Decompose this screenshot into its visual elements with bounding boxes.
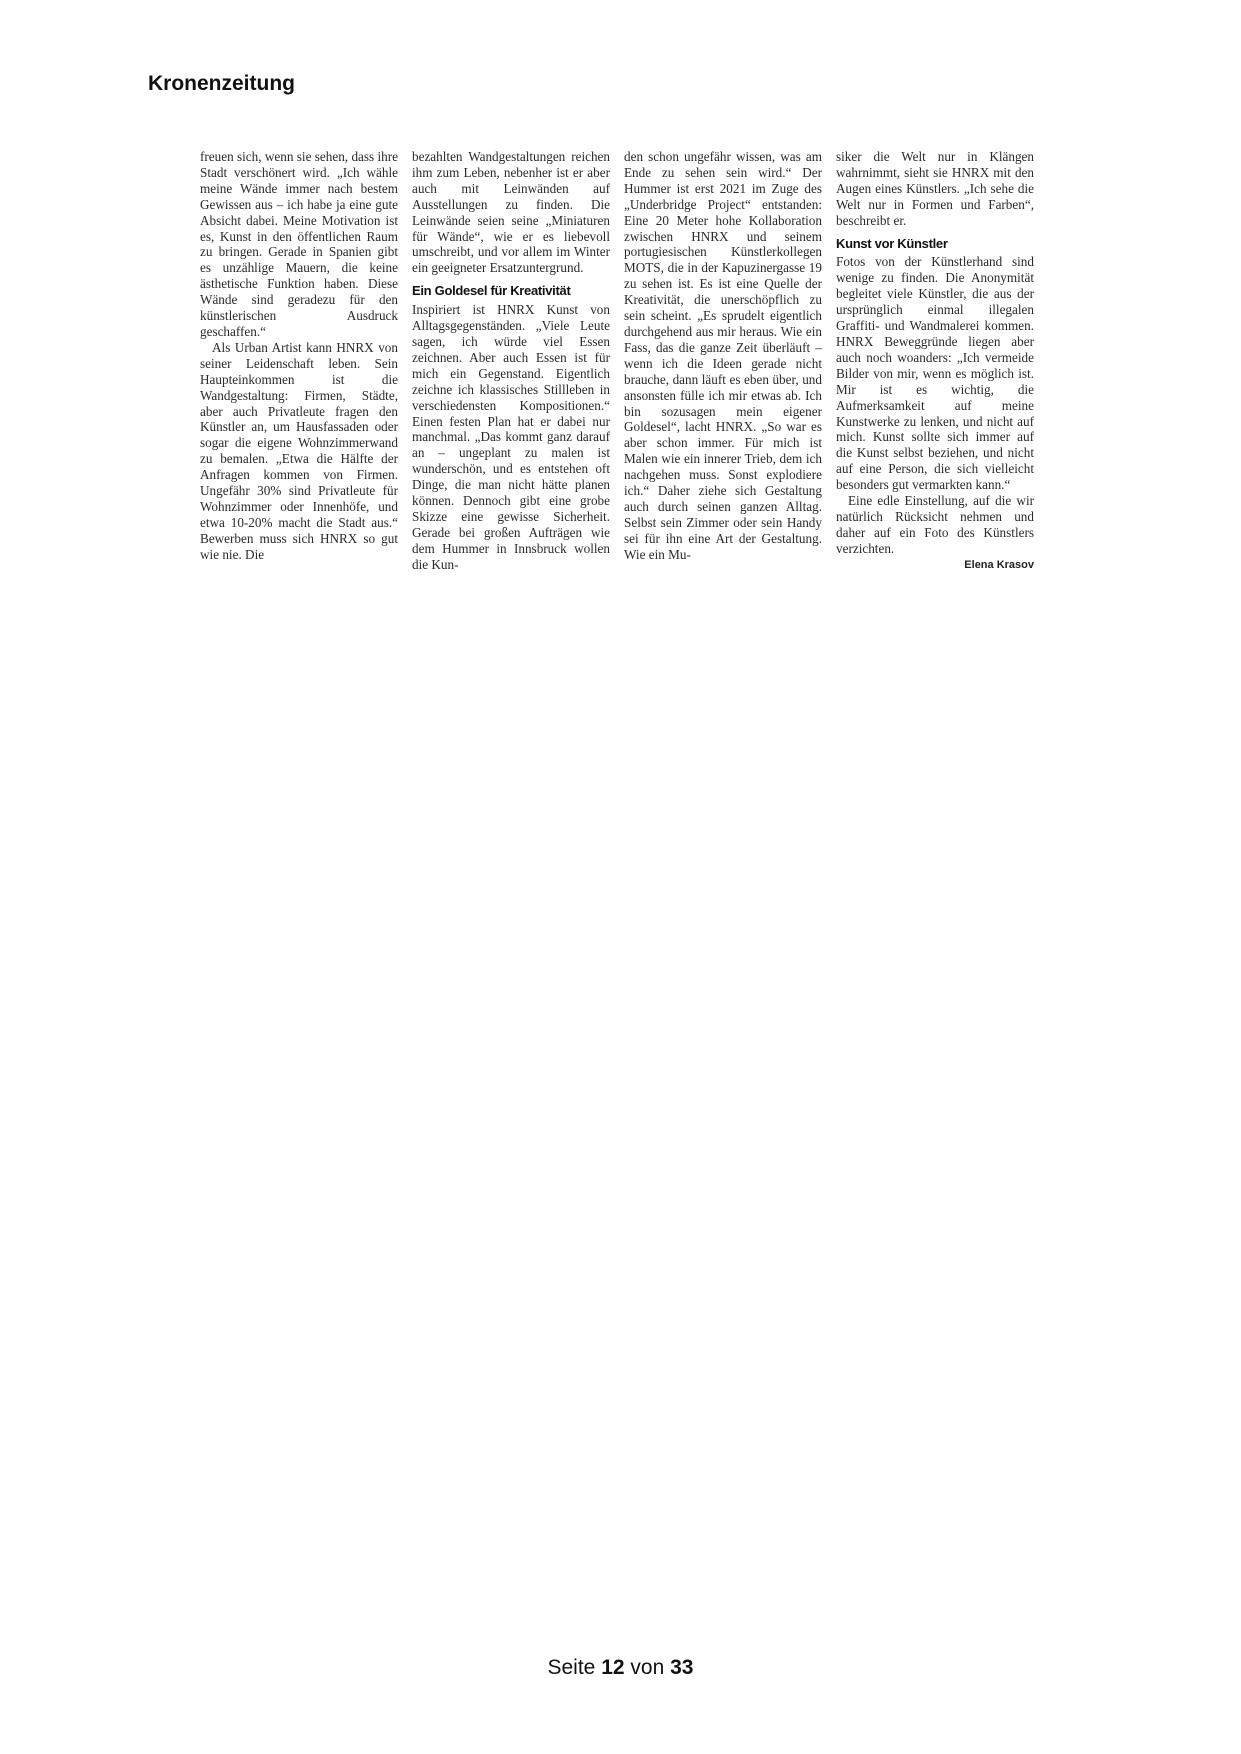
current-page: 12 <box>601 1656 624 1679</box>
paragraph: freuen sich, wenn sie sehen, dass ihre S… <box>200 149 398 340</box>
paragraph: Als Urban Artist kann HNRX von seiner Le… <box>200 340 398 563</box>
article-column-1: freuen sich, wenn sie sehen, dass ihre S… <box>200 149 398 563</box>
total-pages: 33 <box>670 1656 693 1679</box>
paragraph: Fotos von der Künstlerhand sind wenige z… <box>836 254 1034 493</box>
subheading: Kunst vor Künstler <box>836 236 1034 252</box>
article-column-3: den schon ungefähr wissen, was am Ende z… <box>624 149 822 563</box>
paragraph: Eine edle Einstellung, auf die wir natür… <box>836 493 1034 557</box>
page-label: Seite <box>548 1656 596 1679</box>
page-separator: von <box>630 1656 664 1679</box>
subheading: Ein Goldesel für Kreativität <box>412 283 610 299</box>
article-column-2: bezahlten Wandgestaltungen reichen ihm z… <box>412 149 610 573</box>
paragraph: bezahlten Wandgestaltungen reichen ihm z… <box>412 149 610 276</box>
paragraph: siker die Welt nur in Klängen wahrnimmt,… <box>836 149 1034 229</box>
author-byline: Elena Krasov <box>836 558 1034 574</box>
article-column-4: siker die Welt nur in Klängen wahrnimmt,… <box>836 149 1034 574</box>
page-number: Seite 12 von 33 <box>0 1656 1241 1680</box>
paragraph: den schon ungefähr wissen, was am Ende z… <box>624 149 822 563</box>
paragraph: Inspiriert ist HNRX Kunst von Alltagsgeg… <box>412 302 610 572</box>
article-body: freuen sich, wenn sie sehen, dass ihre S… <box>200 149 1035 669</box>
publication-title: Kronenzeitung <box>148 72 295 96</box>
